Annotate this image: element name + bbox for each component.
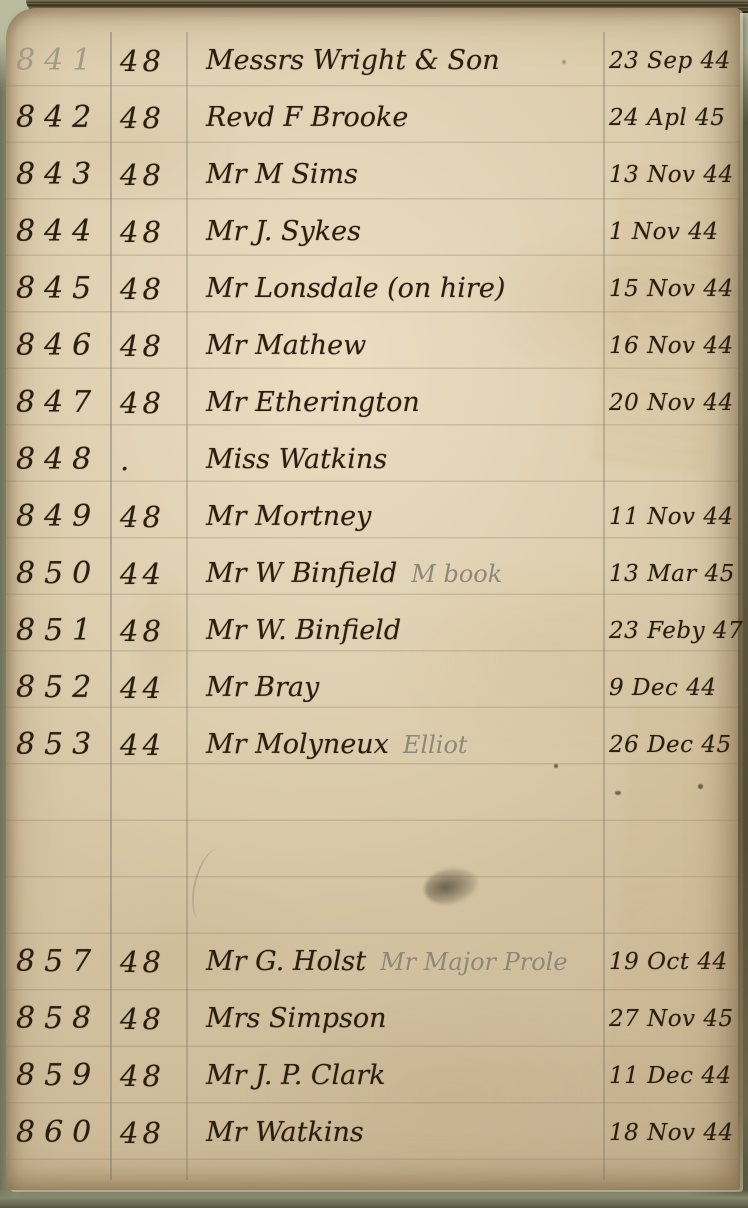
ledger-row: 851 48 Mr W. Binfield 23 Feby 47 bbox=[6, 602, 740, 659]
entry-date: 27 Nov 45 bbox=[603, 1006, 740, 1032]
pencil-mark bbox=[186, 845, 235, 925]
entry-name: Mr Mortney bbox=[186, 501, 603, 532]
entry-number: 844 bbox=[6, 214, 110, 249]
entry-number: 858 bbox=[6, 1001, 110, 1036]
entry-name-text: Mr Watkins bbox=[206, 1117, 364, 1148]
entry-name-text: Mr J. Sykes bbox=[206, 216, 361, 247]
entry-number: 841 bbox=[6, 43, 110, 78]
ledger-rows-upper: 841 48 Messrs Wright & Son 23 Sep 44 842… bbox=[6, 32, 740, 773]
entry-name: Mr W BinfieldM book bbox=[186, 558, 603, 589]
ledger-row: 841 48 Messrs Wright & Son 23 Sep 44 bbox=[6, 32, 740, 89]
entry-fee: 48 bbox=[110, 614, 186, 648]
entry-fee: 48 bbox=[110, 101, 186, 135]
entry-name-text: Mrs Simpson bbox=[206, 1003, 387, 1034]
entry-number: 847 bbox=[6, 385, 110, 420]
entry-fee: 48 bbox=[110, 500, 186, 534]
entry-name-text: Mr J. P. Clark bbox=[206, 1060, 386, 1091]
entry-name-text: Mr W. Binfield bbox=[206, 615, 401, 646]
ink-speck bbox=[615, 791, 621, 795]
entry-name: Mr J. P. Clark bbox=[186, 1060, 603, 1091]
ledger-row: 853 44 Mr MolyneuxElliot 26 Dec 45 bbox=[6, 716, 740, 773]
entry-name: Mr MolyneuxElliot bbox=[186, 729, 603, 760]
entry-fee: 48 bbox=[110, 215, 186, 249]
entry-date: 24 Apl 45 bbox=[603, 105, 740, 131]
book-edge-bottom bbox=[0, 1190, 748, 1208]
entry-fee: 48 bbox=[110, 44, 186, 78]
entry-number: 843 bbox=[6, 157, 110, 192]
entry-fee: 48 bbox=[110, 1059, 186, 1093]
entry-date: 23 Sep 44 bbox=[603, 48, 740, 74]
entry-name-text: Mr Etherington bbox=[206, 387, 420, 418]
ledger-row: 848 . Miss Watkins bbox=[6, 431, 740, 488]
entry-name: Mr G. HolstMr Major Prole bbox=[186, 946, 603, 977]
entry-name: Mr Mathew bbox=[186, 330, 603, 361]
entry-fee: 48 bbox=[110, 1116, 186, 1150]
entry-fee: 44 bbox=[110, 557, 186, 591]
pencil-annotation: Elliot bbox=[403, 731, 468, 759]
entry-number: 850 bbox=[6, 556, 110, 591]
pencil-annotation: M book bbox=[411, 560, 502, 588]
entry-date: 11 Dec 44 bbox=[603, 1063, 740, 1089]
entry-number: 842 bbox=[6, 100, 110, 135]
pencil-annotation: Mr Major Prole bbox=[380, 948, 568, 976]
entry-date: 19 Oct 44 bbox=[603, 949, 740, 975]
ledger-row: 842 48 Revd F Brooke 24 Apl 45 bbox=[6, 89, 740, 146]
entry-fee: 48 bbox=[110, 272, 186, 306]
ledger-row: 857 48 Mr G. HolstMr Major Prole 19 Oct … bbox=[6, 933, 740, 990]
entry-date: 13 Nov 44 bbox=[603, 162, 740, 188]
entry-name: Mr J. Sykes bbox=[186, 216, 603, 247]
entry-name-text: Mr Lonsdale (on hire) bbox=[206, 273, 505, 304]
entry-fee: . bbox=[110, 443, 186, 477]
entry-date: 23 Feby 47 bbox=[603, 618, 743, 644]
entry-date: 16 Nov 44 bbox=[603, 333, 740, 359]
entry-date: 20 Nov 44 bbox=[603, 390, 740, 416]
entry-name-text: Mr Mathew bbox=[206, 330, 366, 361]
entry-number: 859 bbox=[6, 1058, 110, 1093]
ledger-row: 847 48 Mr Etherington 20 Nov 44 bbox=[6, 374, 740, 431]
ledger-row: 849 48 Mr Mortney 11 Nov 44 bbox=[6, 488, 740, 545]
entry-name: Mr W. Binfield bbox=[186, 615, 603, 646]
entry-name: Miss Watkins bbox=[186, 444, 603, 475]
entry-fee: 48 bbox=[110, 945, 186, 979]
ledger-row: 850 44 Mr W BinfieldM book 13 Mar 45 bbox=[6, 545, 740, 602]
entry-name: Mrs Simpson bbox=[186, 1003, 603, 1034]
entry-name: Mr Etherington bbox=[186, 387, 603, 418]
entry-name-text: Mr G. Holst bbox=[206, 946, 366, 977]
entry-name-text: Mr Bray bbox=[206, 672, 319, 703]
entry-date: 11 Nov 44 bbox=[603, 504, 740, 530]
entry-number: 851 bbox=[6, 613, 110, 648]
entry-name-text: Mr M Sims bbox=[206, 159, 358, 190]
entry-date: 18 Nov 44 bbox=[603, 1120, 740, 1146]
entry-name: Mr M Sims bbox=[186, 159, 603, 190]
ledger-page: 841 48 Messrs Wright & Son 23 Sep 44 842… bbox=[6, 8, 740, 1190]
ledger-row: 859 48 Mr J. P. Clark 11 Dec 44 bbox=[6, 1047, 740, 1104]
entry-number: 857 bbox=[6, 944, 110, 979]
entry-number: 852 bbox=[6, 670, 110, 705]
entry-number: 849 bbox=[6, 499, 110, 534]
ledger-row: 846 48 Mr Mathew 16 Nov 44 bbox=[6, 317, 740, 374]
entry-number: 846 bbox=[6, 328, 110, 363]
ledger-row: 852 44 Mr Bray 9 Dec 44 bbox=[6, 659, 740, 716]
ink-speck bbox=[698, 784, 703, 789]
ledger-row: 844 48 Mr J. Sykes 1 Nov 44 bbox=[6, 203, 740, 260]
entry-fee: 44 bbox=[110, 671, 186, 705]
entry-name: Revd F Brooke bbox=[186, 102, 603, 133]
entry-number: 853 bbox=[6, 727, 110, 762]
entry-fee: 48 bbox=[110, 386, 186, 420]
entry-fee: 48 bbox=[110, 1002, 186, 1036]
entry-name: Mr Bray bbox=[186, 672, 603, 703]
ledger-rows-lower: 857 48 Mr G. HolstMr Major Prole 19 Oct … bbox=[6, 933, 740, 1161]
entry-name-text: Mr Molyneux bbox=[206, 729, 389, 760]
ledger-row: 860 48 Mr Watkins 18 Nov 44 bbox=[6, 1104, 740, 1161]
entry-date: 1 Nov 44 bbox=[603, 219, 740, 245]
entry-name-text: Mr W Binfield bbox=[206, 558, 397, 589]
ledger-row: 858 48 Mrs Simpson 27 Nov 45 bbox=[6, 990, 740, 1047]
entry-fee: 48 bbox=[110, 158, 186, 192]
entry-name-text: Messrs Wright & Son bbox=[206, 45, 500, 76]
entry-fee: 48 bbox=[110, 329, 186, 363]
ink-blot-stain bbox=[421, 863, 481, 909]
entry-name: Mr Watkins bbox=[186, 1117, 603, 1148]
entry-date: 26 Dec 45 bbox=[603, 732, 740, 758]
entry-date: 13 Mar 45 bbox=[603, 561, 740, 587]
entry-date: 15 Nov 44 bbox=[603, 276, 740, 302]
entry-number: 860 bbox=[6, 1115, 110, 1150]
entry-name: Messrs Wright & Son bbox=[186, 45, 603, 76]
entry-date: 9 Dec 44 bbox=[603, 675, 740, 701]
scanned-ledger-photo: 841 48 Messrs Wright & Son 23 Sep 44 842… bbox=[0, 0, 748, 1208]
entry-name-text: Revd F Brooke bbox=[206, 102, 408, 133]
entry-name: Mr Lonsdale (on hire) bbox=[186, 273, 603, 304]
ledger-row: 845 48 Mr Lonsdale (on hire) 15 Nov 44 bbox=[6, 260, 740, 317]
ledger-row: 843 48 Mr M Sims 13 Nov 44 bbox=[6, 146, 740, 203]
entry-fee: 44 bbox=[110, 728, 186, 762]
entry-number: 845 bbox=[6, 271, 110, 306]
entry-number: 848 bbox=[6, 442, 110, 477]
entry-name-text: Mr Mortney bbox=[206, 501, 371, 532]
entry-name-text: Miss Watkins bbox=[206, 444, 387, 475]
